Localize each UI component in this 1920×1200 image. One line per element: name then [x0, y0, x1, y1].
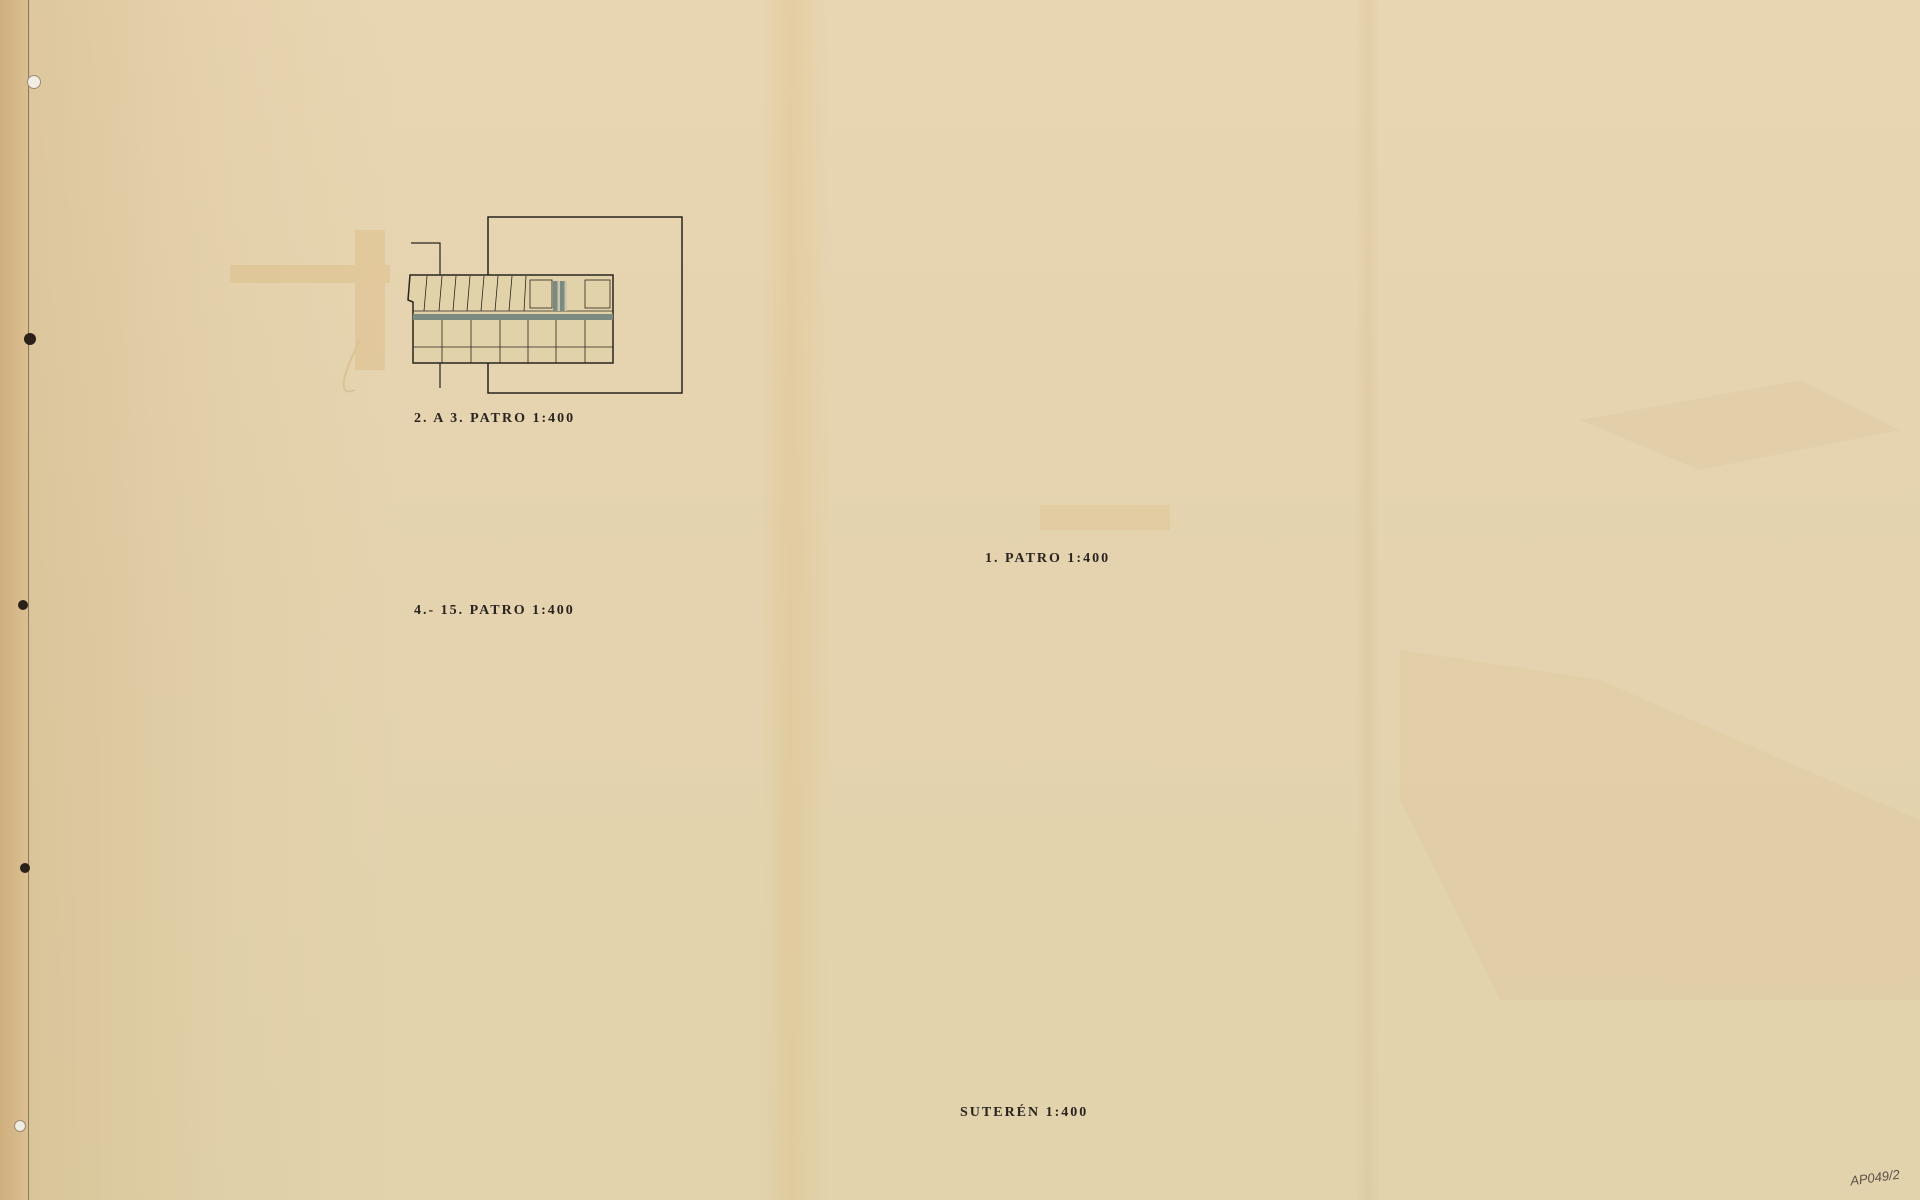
plan-title-floors-2-3: 2. A 3. PATRO 1:400 — [414, 411, 575, 427]
plan-floors-2-3 — [408, 217, 682, 393]
drawing-sheet: 2. A 3. PATRO 1:400 4.- 15. PATRO 1:400 … — [0, 0, 1920, 1200]
plan-title-floor-1: 1. PATRO 1:400 — [985, 551, 1110, 567]
floor-plans-drawing — [0, 0, 1920, 1200]
plan-title-basement: SUTERÉN 1:400 — [960, 1105, 1088, 1121]
plan-title-floors-4-15: 4.- 15. PATRO 1:400 — [414, 603, 575, 619]
